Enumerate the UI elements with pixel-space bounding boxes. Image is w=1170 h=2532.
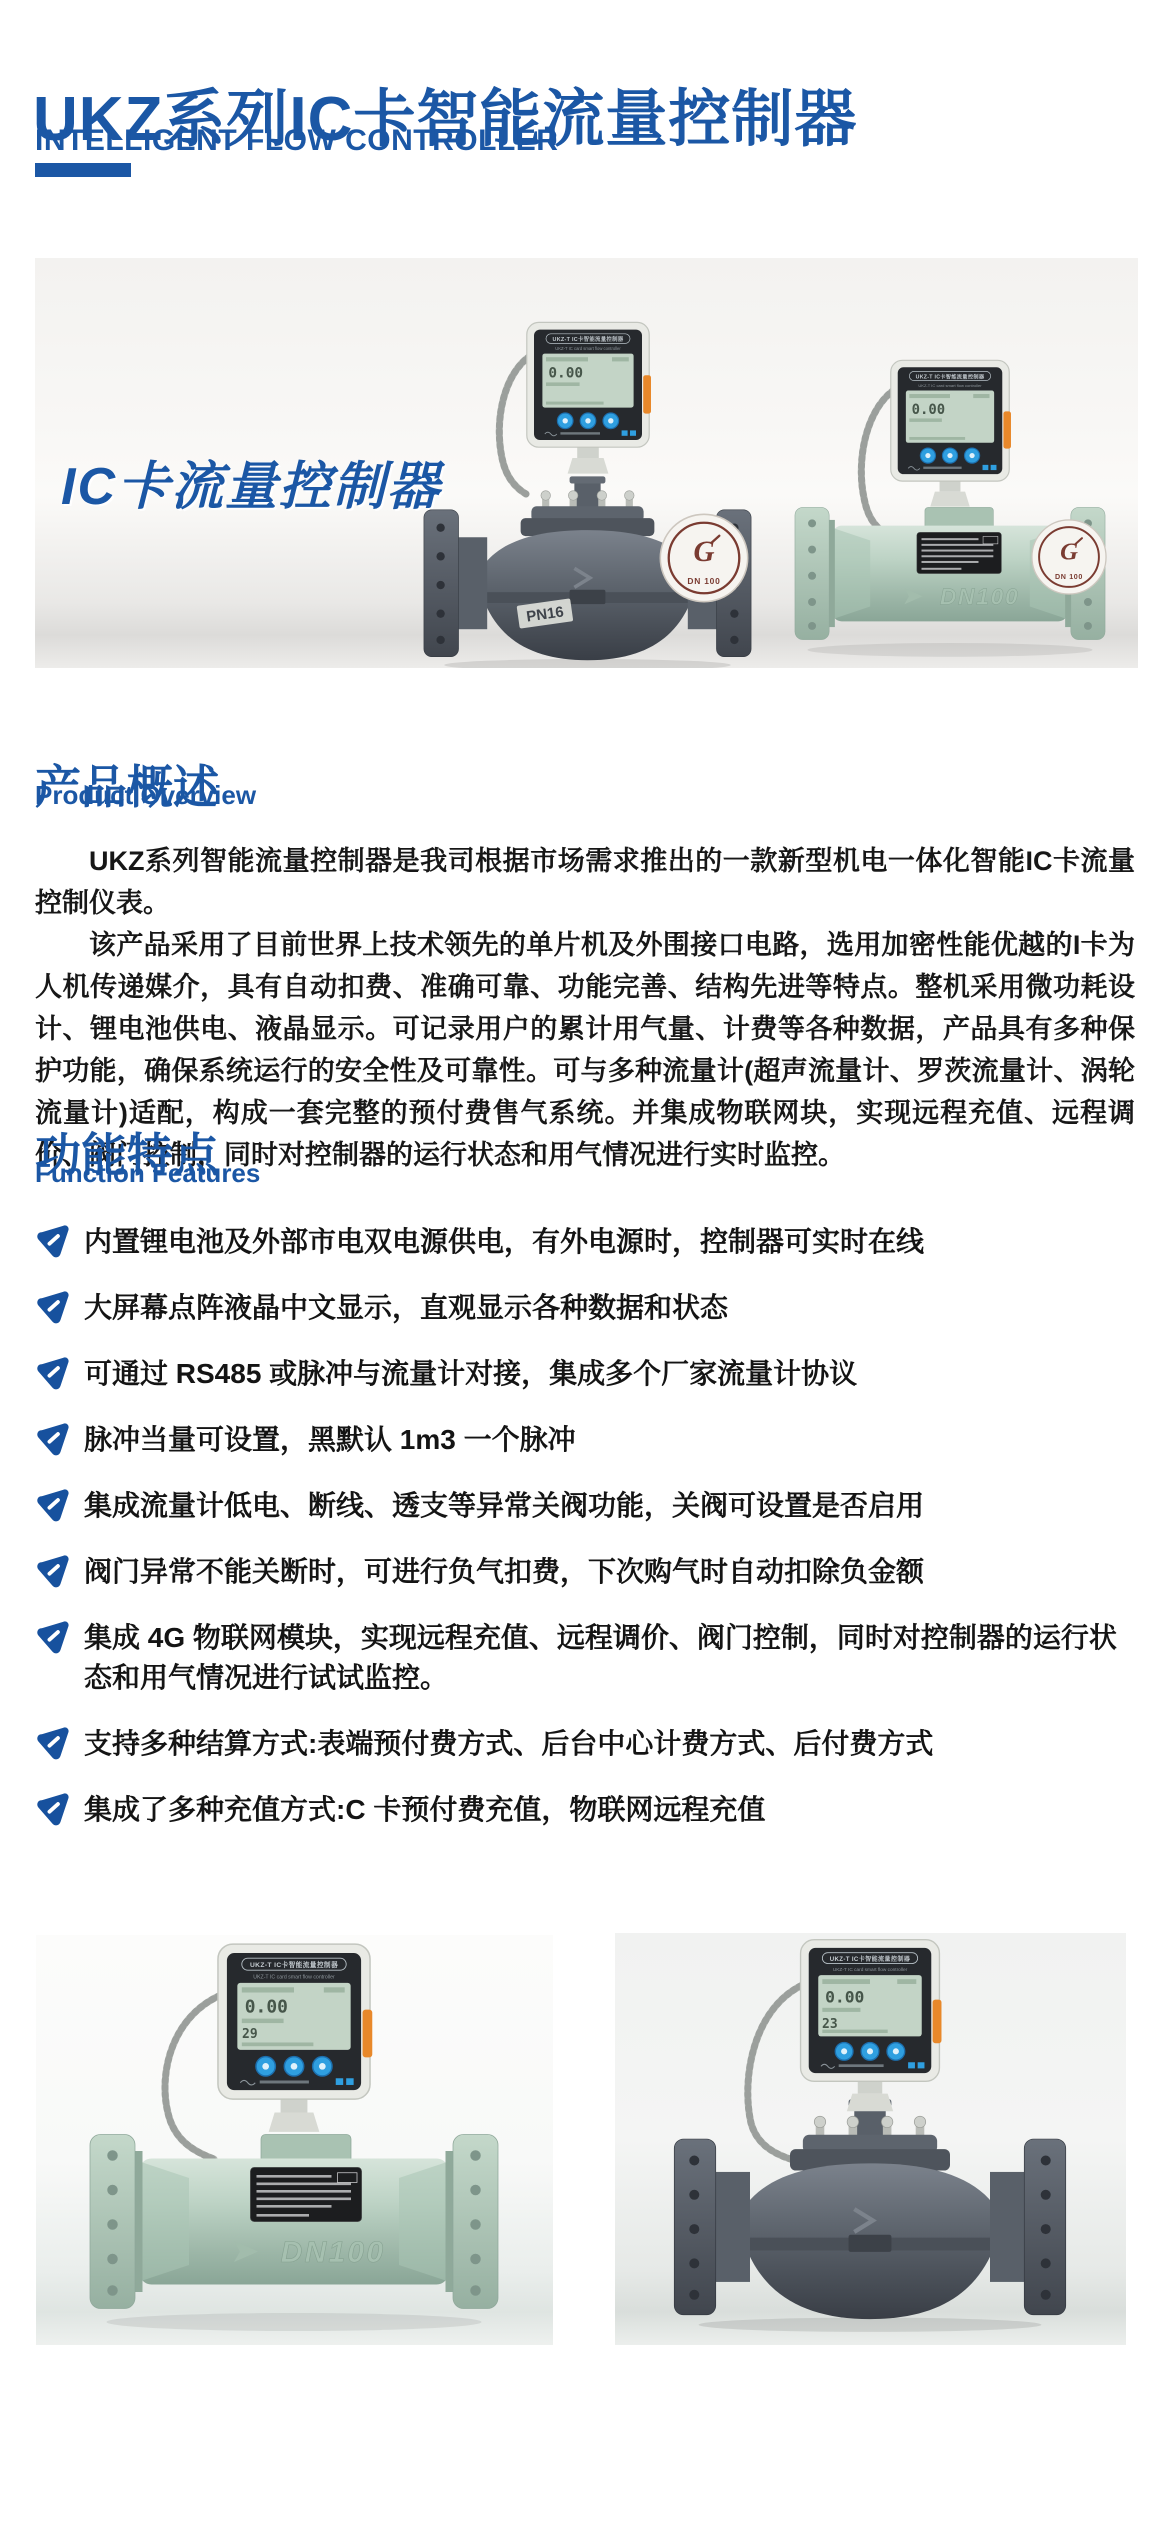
braided-cable-texture [861,390,894,536]
feature-text: 集成 4G 物联网模块，实现远程充值、远程调价、阀门控制，同时对控制器的运行状态… [84,1618,1140,1698]
page-subtitle: INTELLIGENT FLOW CONTROLLER [35,124,558,158]
feature-text: 集成了多种充值方式:C 卡预付费充值，物联网远程充值 [84,1790,765,1830]
product-photo-turbine-meter: 29 [36,1935,553,2345]
dart-bullet-icon [35,1791,69,1829]
feature-text: 支持多种结算方式:表端预付费方式、后台中心计费方式、后付费方式 [84,1724,933,1764]
braided-cable-texture [499,356,530,494]
hero-valve-meter-illustration: PN16 [420,316,755,668]
feature-item: 集成 4G 物联网模块，实现远程充值、远程调价、阀门控制，同时对控制器的运行状态… [35,1618,1140,1698]
feature-item: 阀门异常不能关断时，可进行负气扣费，下次购气时自动扣除负金额 [35,1552,1140,1592]
feature-text: 大屏幕点阵液晶中文显示，直观显示各种数据和状态 [84,1288,728,1328]
feature-list: 内置锂电池及外部市电双电源供电，有外电源时，控制器可实时在线 大屏幕点阵液晶中文… [35,1222,1140,1856]
feature-text: 阀门异常不能关断时，可进行负气扣费，下次购气时自动扣除负金额 [84,1552,924,1592]
dart-bullet-icon [35,1553,69,1591]
feature-item: 大屏幕点阵液晶中文显示，直观显示各种数据和状态 [35,1288,1140,1328]
product-photo-valve-meter: 23 [615,1933,1126,2345]
dart-bullet-icon [35,1289,69,1327]
dart-bullet-icon [35,1223,69,1261]
feature-text: 集成流量计低电、断线、透支等异常关阀功能，关阀可设置是否启用 [84,1486,924,1526]
feature-text: 可通过 RS485 或脉冲与流量计对接，集成多个厂家流量计协议 [84,1354,857,1394]
feature-item: 脉冲当量可设置，黑默认 1m3 一个脉冲 [35,1420,1140,1460]
dart-bullet-icon [35,1421,69,1459]
braided-cable-texture [165,1993,226,2159]
turbine-meter-front-illustration: 29 [74,1941,514,2341]
braided-cable-texture [748,1983,807,2161]
lcd-sub-value: 23 [822,2017,838,2032]
overview-paragraph: UKZ系列智能流量控制器是我司根据市场需求推出的一款新型机电一体化智能IC卡流量… [35,840,1135,924]
features-heading-en: Function Features [35,1160,260,1186]
title-accent-bar [35,163,131,177]
overview-heading-en: Product Overview [35,782,256,808]
feature-item: 内置锂电池及外部市电双电源供电，有外电源时，控制器可实时在线 [35,1222,1140,1262]
feature-item: 集成了多种充值方式:C 卡预付费充值，物联网远程充值 [35,1790,1140,1830]
product-page: UKZ系列IC卡智能流量控制器 INTELLIGENT FLOW CONTROL… [0,0,1170,2532]
feature-text: 脉冲当量可设置，黑默认 1m3 一个脉冲 [84,1420,576,1460]
lcd-sub-value: 29 [242,2027,258,2042]
hero-photo: IC卡流量控制器 PN16 [35,258,1138,668]
dart-bullet-icon [35,1487,69,1525]
feature-item: 集成流量计低电、断线、透支等异常关阀功能，关阀可设置是否启用 [35,1486,1140,1526]
overview-body: UKZ系列智能流量控制器是我司根据市场需求推出的一款新型机电一体化智能IC卡流量… [35,840,1135,1176]
feature-item: 可通过 RS485 或脉冲与流量计对接，集成多个厂家流量计协议 [35,1354,1140,1394]
feature-text: 内置锂电池及外部市电双电源供电，有外电源时，控制器可实时在线 [84,1222,924,1262]
dart-bullet-icon [35,1725,69,1763]
hero-turbine-meter-illustration [790,348,1110,663]
dart-bullet-icon [35,1355,69,1393]
dart-bullet-icon [35,1619,69,1657]
valve-meter-front-illustration: 23 [645,1937,1095,2337]
feature-item: 支持多种结算方式:表端预付费方式、后台中心计费方式、后付费方式 [35,1724,1140,1764]
hero-caption: IC卡流量控制器 [61,444,441,519]
